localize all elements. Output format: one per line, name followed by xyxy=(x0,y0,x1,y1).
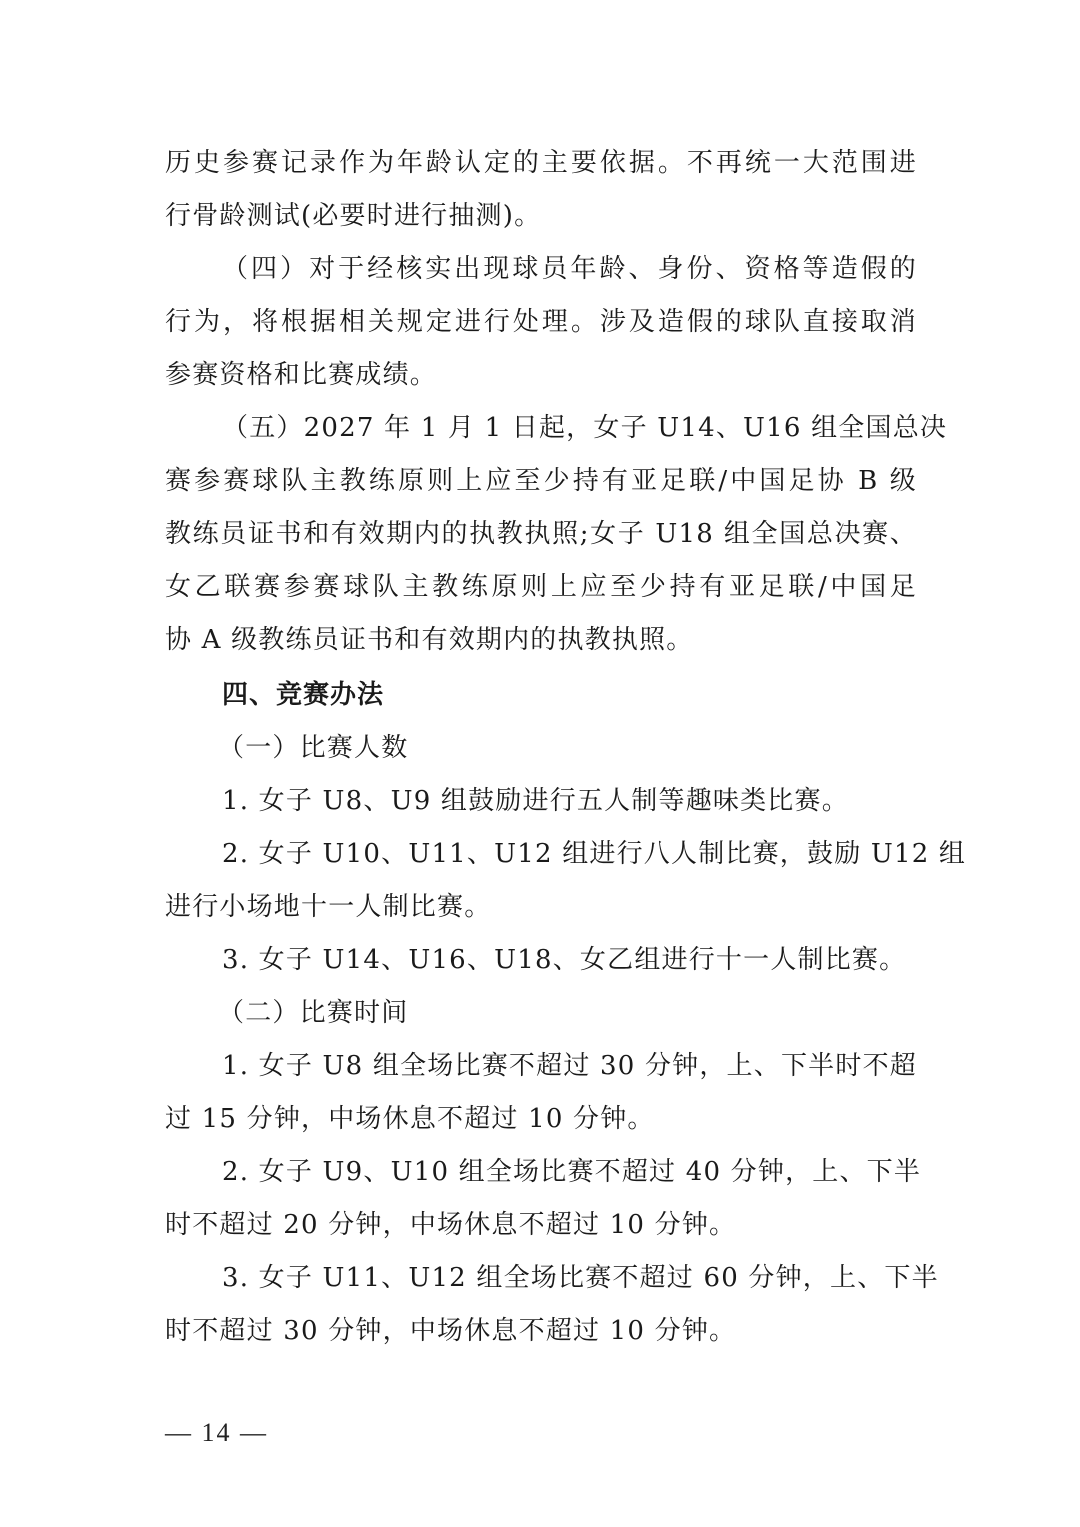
clause-five-line: （五）2027 年 1 月 1 日起，女子 U14、U16 组全国总决 xyxy=(222,408,917,448)
list-item: 2. 女子 U9、U10 组全场比赛不超过 40 分钟，上、下半 xyxy=(222,1152,917,1192)
paragraph-line: 历史参赛记录作为年龄认定的主要依据。不再统一大范围进 xyxy=(165,143,917,183)
paragraph-line: 参赛资格和比赛成绩。 xyxy=(165,355,917,395)
list-item: 1. 女子 U8、U9 组鼓励进行五人制等趣味类比赛。 xyxy=(222,781,917,821)
paragraph-line: 行为，将根据相关规定进行处理。涉及造假的球队直接取消 xyxy=(165,302,917,342)
paragraph-line: 协 A 级教练员证书和有效期内的执教执照。 xyxy=(165,620,917,660)
paragraph-line: 进行小场地十一人制比赛。 xyxy=(165,887,917,927)
paragraph-line: 行骨龄测试(必要时进行抽测)。 xyxy=(165,196,917,236)
paragraph-line: 女乙联赛参赛球队主教练原则上应至少持有亚足联/中国足 xyxy=(165,567,917,607)
list-item: 1. 女子 U8 组全场比赛不超过 30 分钟，上、下半时不超 xyxy=(222,1046,917,1086)
clause-four-line: （四）对于经核实出现球员年龄、身份、资格等造假的 xyxy=(222,249,917,289)
page-number: — 14 — xyxy=(165,1418,268,1448)
paragraph-line: 时不超过 30 分钟，中场休息不超过 10 分钟。 xyxy=(165,1311,917,1351)
list-item: 2. 女子 U10、U11、U12 组进行八人制比赛，鼓励 U12 组 xyxy=(222,834,917,874)
list-item: 3. 女子 U11、U12 组全场比赛不超过 60 分钟，上、下半 xyxy=(222,1258,917,1298)
paragraph-line: 时不超过 20 分钟，中场休息不超过 10 分钟。 xyxy=(165,1205,917,1245)
document-page: 历史参赛记录作为年龄认定的主要依据。不再统一大范围进 行骨龄测试(必要时进行抽测… xyxy=(0,0,1080,1527)
paragraph-line: 赛参赛球队主教练原则上应至少持有亚足联/中国足协 B 级 xyxy=(165,461,917,501)
paragraph-line: 过 15 分钟，中场休息不超过 10 分钟。 xyxy=(165,1099,917,1139)
paragraph-line: 教练员证书和有效期内的执教执照;女子 U18 组全国总决赛、 xyxy=(165,514,917,554)
subsection-heading: （一）比赛人数 xyxy=(218,728,913,768)
subsection-heading: （二）比赛时间 xyxy=(218,993,913,1033)
section-heading: 四、竞赛办法 xyxy=(222,675,917,715)
list-item: 3. 女子 U14、U16、U18、女乙组进行十一人制比赛。 xyxy=(222,940,917,980)
